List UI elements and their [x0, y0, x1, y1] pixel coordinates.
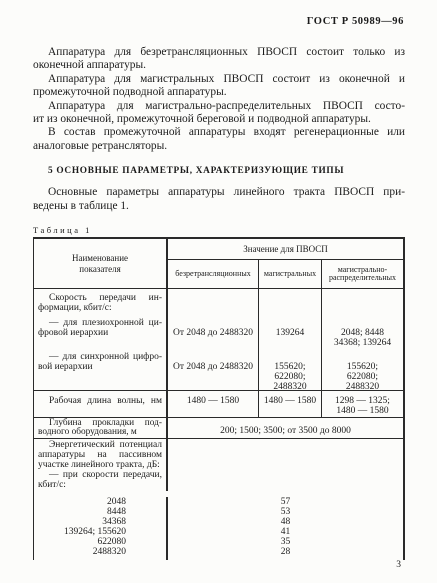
energy-entry-row: 139264; 155620 41	[34, 527, 403, 537]
value-cell: 2048; 8448 34368; 139264 155620; 622080;…	[322, 289, 403, 390]
header-line: показателя	[79, 264, 120, 275]
entry-speed: 2488320	[34, 547, 168, 557]
merged-value-cell: 200; 1500; 3500; от 3500 до 8000	[168, 418, 403, 438]
entry-value: 48	[168, 517, 403, 527]
cell-line: 34368; 139264	[322, 338, 403, 348]
merged-value-spacer	[168, 439, 403, 491]
row-label-cell: Глубина прокладки под- водного оборудова…	[34, 418, 168, 438]
paragraph-line: ит из оконечной, промежуточной береговой…	[33, 113, 405, 126]
cell-line: кбит/с:	[38, 481, 162, 491]
table-caption: Таблица 1	[33, 225, 405, 235]
cell-line: 1480 — 1580	[322, 406, 403, 416]
filler-cell	[168, 557, 403, 560]
cell-line: 155620;	[259, 362, 321, 372]
parameters-table: Наименование показателя Значение для ПВО…	[33, 237, 405, 560]
energy-entry-row: 34368 48	[34, 517, 403, 527]
entry-speed: 34368	[34, 517, 168, 527]
value-cell: 1480 — 1580	[168, 391, 259, 417]
cell-line: 1298 — 1325;	[322, 396, 403, 406]
header-cell-name: Наименование показателя	[34, 239, 168, 288]
header-cell-value-span: Значение для ПВОСП	[168, 239, 403, 260]
paragraph-line: Аппаратура для безретрансляционных ПВОСП…	[33, 46, 405, 59]
cell-line: Рабочая длина волны, нм	[38, 396, 162, 406]
paragraph-line: ведены в таблице 1.	[33, 200, 405, 213]
entry-speed: 8448	[34, 507, 168, 517]
cell-line: фровой иерархии	[38, 328, 162, 338]
cell-line: 139264	[259, 328, 321, 338]
energy-label-block: Энергетический потенциал аппаратуры на п…	[34, 439, 403, 491]
row-label-cell: Энергетический потенциал аппаратуры на п…	[34, 439, 168, 491]
cell-line: — для плезиохронной ци-	[38, 318, 162, 328]
header-value-group: Значение для ПВОСП безретрансляционных м…	[168, 239, 403, 288]
energy-entry-row: 8448 53	[34, 507, 403, 517]
document-page: ГОСТ Р 50989—96 Аппаратура для безретран…	[0, 0, 437, 583]
page-number: 3	[396, 560, 401, 570]
cell-line: формации, кбит/с:	[38, 303, 162, 313]
standard-code: ГОСТ Р 50989—96	[307, 16, 404, 27]
table-row-depth: Глубина прокладки под- водного оборудова…	[34, 418, 403, 439]
paragraph-line: оконечной аппаратуры.	[33, 59, 405, 72]
entry-value: 57	[168, 497, 403, 507]
entry-value: 53	[168, 507, 403, 517]
cell-line: 155620;	[322, 362, 403, 372]
paragraph-line: промежуточной подводной аппаратуры.	[33, 86, 405, 99]
energy-entry-row: 2488320 28	[34, 547, 403, 557]
row-label-cell: Рабочая длина волны, нм	[34, 391, 168, 417]
entry-speed: 139264; 155620	[34, 527, 168, 537]
cell-line: От 2048 до 2488320	[168, 328, 258, 338]
cell-line: водного оборудования, м	[38, 428, 162, 437]
energy-entries: 2048 57 8448 53 34368 48 139264; 155620 …	[34, 497, 403, 560]
header-cell-col3: магистральных	[259, 260, 322, 288]
paragraph-line: Основные параметры аппаратуры линейного …	[33, 186, 405, 199]
header-subcolumns: безретрансляционных магистральных магист…	[168, 260, 403, 288]
section-heading: 5 ОСНОВНЫЕ ПАРАМЕТРЫ, ХАРАКТЕРИЗУЮЩИЕ ТИ…	[48, 165, 405, 177]
entry-value: 28	[168, 547, 403, 557]
paragraph-line: В состав промежуточной аппаратуры входят…	[33, 126, 405, 139]
value-cell: От 2048 до 2488320 От 2048 до 2488320	[168, 289, 259, 390]
cell-line: Скорость передачи ин-	[38, 293, 162, 303]
energy-entry-row: 2048 57	[34, 497, 403, 507]
value-cell: 139264 155620; 622080; 2488320	[259, 289, 322, 390]
table-header: Наименование показателя Значение для ПВО…	[34, 239, 403, 289]
entry-value: 41	[168, 527, 403, 537]
header-line: Наименование	[72, 253, 128, 264]
row-label-cell: Скорость передачи ин- формации, кбит/с: …	[34, 289, 168, 390]
table-row-speed: Скорость передачи ин- формации, кбит/с: …	[34, 289, 403, 391]
intro-paragraph: Основные параметры аппаратуры линейного …	[33, 186, 405, 213]
cell-line: От 2048 до 2488320	[168, 362, 258, 372]
energy-entry-row: 622080 35	[34, 537, 403, 547]
header-line: распределительных	[329, 274, 396, 283]
paragraph-line: аналоговые ретрансляторы.	[33, 140, 405, 153]
filler-cell	[34, 557, 168, 560]
value-cell: 1298 — 1325; 1480 — 1580	[322, 391, 403, 417]
table-row-wavelength: Рабочая длина волны, нм 1480 — 1580 1480…	[34, 391, 403, 418]
entry-speed: 622080	[34, 537, 168, 547]
paragraph-line: Аппаратура для магистральных ПВОСП состо…	[33, 73, 405, 86]
cell-line: — для синхронной цифро-	[38, 352, 162, 362]
header-cell-col2: безретрансляционных	[168, 260, 259, 288]
cell-line: вой иерархии	[38, 362, 162, 372]
page-content: Аппаратура для безретрансляционных ПВОСП…	[33, 46, 405, 560]
energy-filler-row	[34, 557, 403, 560]
header-cell-col4: магистрально- распределительных	[322, 260, 403, 288]
paragraph-line: Аппаратура для магистрально-распределите…	[33, 100, 405, 113]
body-paragraphs: Аппаратура для безретрансляционных ПВОСП…	[33, 46, 405, 153]
cell-line: 622080;	[322, 372, 403, 382]
entry-value: 35	[168, 537, 403, 547]
cell-line: 622080;	[259, 372, 321, 382]
entry-speed: 2048	[34, 497, 168, 507]
table-row-energy: Энергетический потенциал аппаратуры на п…	[34, 439, 403, 560]
cell-line: 2048; 8448	[322, 328, 403, 338]
value-cell: 1480 — 1580	[259, 391, 322, 417]
